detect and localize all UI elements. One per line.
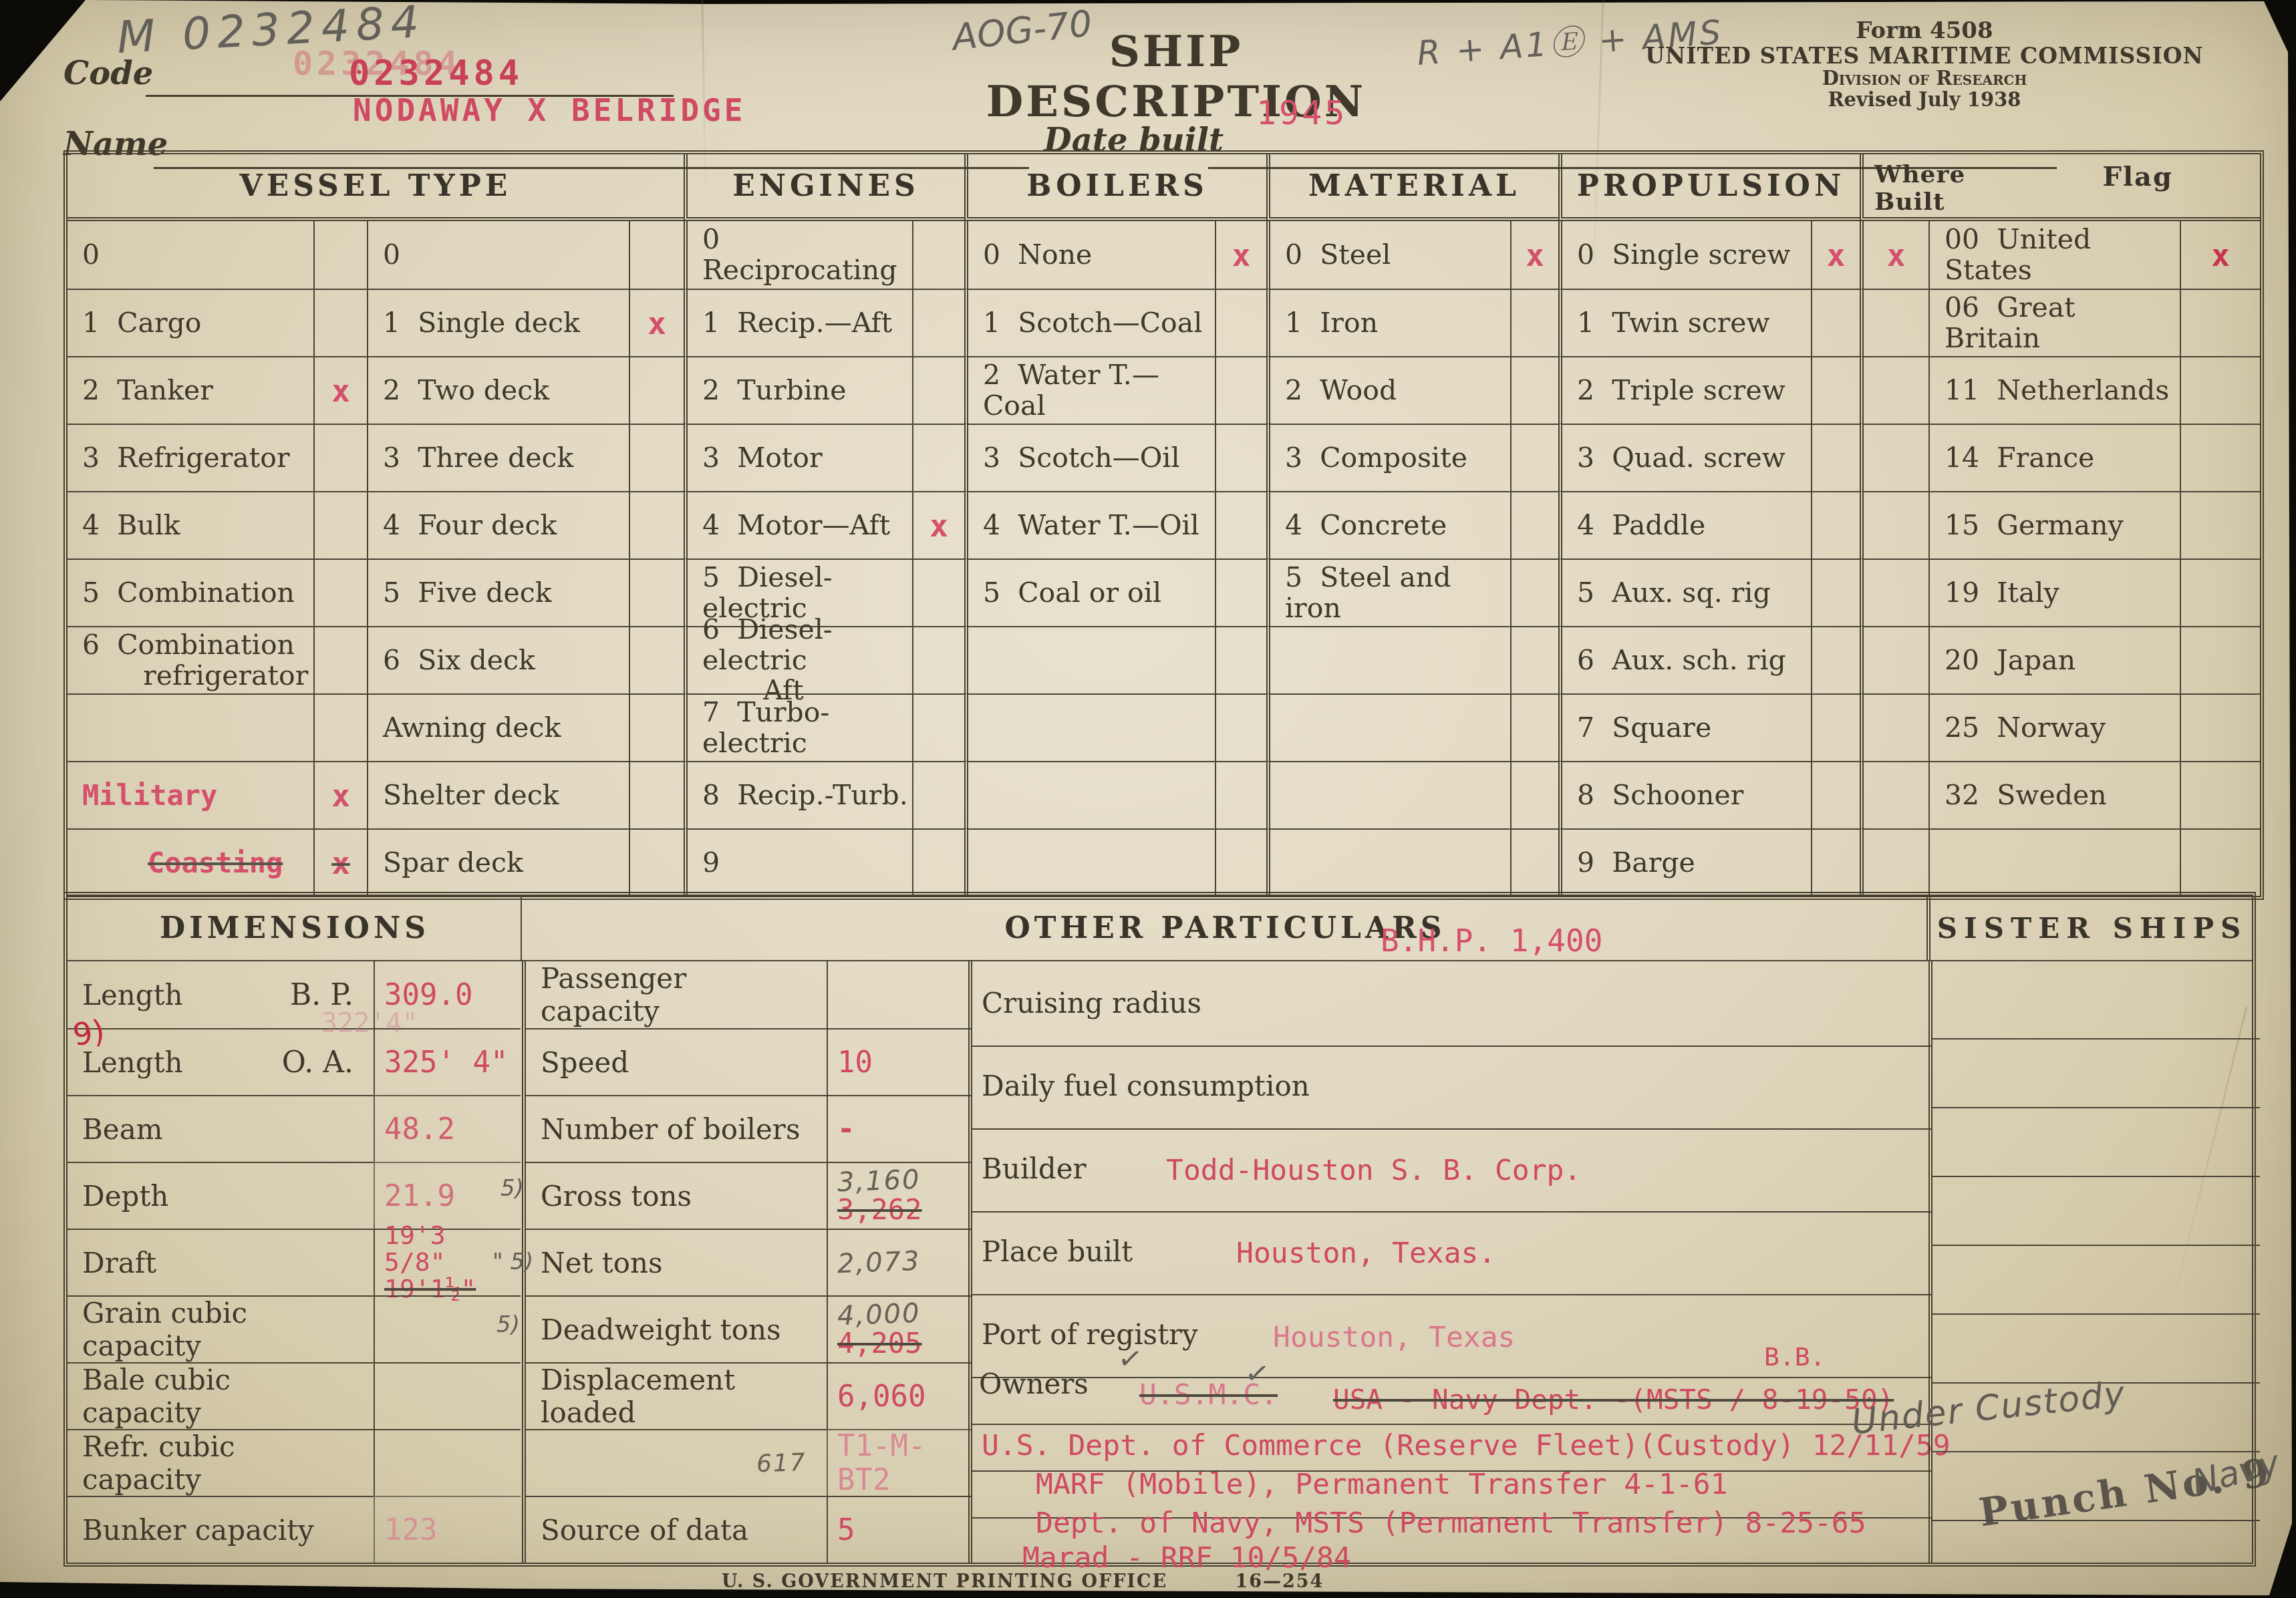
- where-built-flag-header: Where Built Flag: [1860, 154, 2260, 221]
- code-stamp: 0232484: [349, 53, 523, 94]
- vessel-option: 4 Bulk: [67, 491, 313, 558]
- boilers-header: BOILERS: [964, 154, 1266, 221]
- owners-navy-transfer-line: Dept. of Navy, MSTS (Permanent Transfer)…: [1036, 1506, 1866, 1540]
- daily-fuel-label: Daily fuel consumption: [982, 1070, 1310, 1102]
- place-built-value: Houston, Texas.: [1236, 1237, 1495, 1270]
- gpo-footer: U. S. GOVERNMENT PRINTING OFFICE 16—254: [722, 1571, 1324, 1592]
- boilers-count-value: -: [837, 1112, 855, 1146]
- date-built-value: 1945: [1256, 94, 1347, 132]
- engine-option: 8 Recip.-Turb.: [684, 761, 912, 828]
- propulsion-header: PROPULSION: [1558, 154, 1860, 221]
- deck-option: 1 Single deck: [367, 289, 629, 356]
- deck-option: Awning deck: [367, 693, 629, 761]
- single-deck-check: x: [629, 289, 684, 356]
- military-typed-entry: Military: [67, 761, 313, 828]
- builder-value: Todd-Houston S. B. Corp.: [1166, 1154, 1581, 1187]
- propulsion-option: 8 Schooner: [1558, 761, 1811, 828]
- propulsion-option: 6 Aux. sch. rig: [1558, 626, 1811, 693]
- flag-header: Flag: [2103, 161, 2173, 192]
- mid-label: Passenger capacity: [541, 962, 807, 1027]
- other-particulars-panel: Cruising radius Daily fuel consumption B…: [968, 961, 1932, 1563]
- material-option: 1 Iron: [1266, 289, 1510, 356]
- mid-label: Gross tons: [541, 1180, 692, 1213]
- red-margin-note: 9): [70, 1013, 106, 1053]
- deck-option: 2 Two deck: [367, 356, 629, 424]
- flag-us-check: x: [2180, 221, 2260, 289]
- country-option: 19 Italy: [1928, 558, 2180, 626]
- vessel-code-cell: 0: [67, 221, 313, 289]
- dim-label: Depth: [82, 1180, 168, 1213]
- country-option: 14 France: [1928, 424, 2180, 491]
- net-tons-pencil: 2,073: [837, 1246, 921, 1279]
- dim-value: 21.9: [384, 1179, 455, 1213]
- scanned-ship-description-form: M 0232484 Code 0232484 0232484 AOG-70 SH…: [0, 0, 2296, 1598]
- where-built-header: Where Built: [1874, 161, 1965, 216]
- material-option: [1266, 626, 1510, 693]
- dim-label: Beam: [82, 1113, 163, 1146]
- cruising-radius-label: Cruising radius: [982, 987, 1201, 1019]
- deck-code-cell: 0: [367, 221, 629, 289]
- owners-label: Owners: [979, 1368, 1089, 1400]
- deadweight-pencil: 4,000: [837, 1299, 921, 1330]
- boiler-option: 1 Scotch—Coal: [964, 289, 1215, 356]
- boiler-option: 4 Water T.—Oil: [964, 491, 1215, 558]
- division-name: Division of Research: [1711, 67, 2138, 90]
- particulars-panel: DIMENSIONS OTHER PARTICULARS B.H.P. 1,40…: [63, 892, 2256, 1567]
- pencil-checkmark: ✓: [1243, 1355, 1272, 1393]
- place-built-label: Place built: [982, 1235, 1133, 1268]
- dimensions-header: DIMENSIONS: [67, 896, 522, 960]
- boiler-option: 0 None: [964, 221, 1215, 289]
- other-particulars-header: OTHER PARTICULARS: [522, 896, 1928, 960]
- material-option: 2 Wood: [1266, 356, 1510, 424]
- ghost-length-value: 322'4": [321, 1008, 418, 1039]
- propulsion-option: 1 Twin screw: [1558, 289, 1811, 356]
- port-of-registry-value: Houston, Texas: [1273, 1321, 1515, 1354]
- owners-marad-line: Marad - RRF 10/5/84: [1022, 1541, 1351, 1575]
- dim-label: Bale cubic capacity: [82, 1364, 353, 1429]
- mid-label: Source of data: [541, 1514, 748, 1547]
- propulsion-single-screw-check: x: [1811, 221, 1860, 289]
- engine-option: 1 Recip.—Aft: [684, 289, 912, 356]
- pencil-margin-note: " 5): [492, 1249, 533, 1275]
- owners-commerce-line: U.S. Dept. of Commerce (Reserve Fleet)(C…: [982, 1429, 1951, 1462]
- engine-option: 9: [684, 828, 912, 896]
- vessel-option: 3 Refrigerator: [67, 424, 313, 491]
- vessel-option: 6 Combination refrigerator: [67, 626, 313, 693]
- propulsion-option: 2 Triple screw: [1558, 356, 1811, 424]
- deadweight-struck: 4,205: [837, 1329, 921, 1358]
- propulsion-option: 0 Single screw: [1558, 221, 1811, 289]
- tanker-check: x: [313, 356, 367, 424]
- material-steel-check: x: [1510, 221, 1558, 289]
- country-option: 32 Sweden: [1928, 761, 2180, 828]
- source-of-data-value: 5: [837, 1513, 855, 1547]
- bhp-typed-value: B.H.P. 1,400: [1381, 923, 1602, 959]
- dim-value: 325' 4": [384, 1046, 508, 1080]
- mid-label: Speed: [541, 1046, 629, 1079]
- material-option: 5 Steel and iron: [1266, 558, 1510, 626]
- coasting-check-struck: x: [331, 845, 350, 881]
- tonnage-grid: Passenger capacity Speed 10 Number of bo…: [522, 961, 972, 1563]
- country-option: 00 United States: [1928, 221, 2180, 289]
- boiler-option: 2 Water T.—Coal: [964, 356, 1215, 424]
- dim-label: Length: [82, 979, 183, 1011]
- propulsion-option: 4 Paddle: [1558, 491, 1811, 558]
- bunker-value: 123: [384, 1513, 437, 1547]
- material-option: 4 Concrete: [1266, 491, 1510, 558]
- pencil-margin-note: 5): [500, 1175, 524, 1202]
- engines-header: ENGINES: [684, 154, 964, 221]
- pencil-checkmark: ✓: [1116, 1341, 1145, 1378]
- dim-label: Grain cubic capacity: [82, 1297, 353, 1362]
- propulsion-option: 7 Square: [1558, 693, 1811, 761]
- deck-option: 4 Four deck: [367, 491, 629, 558]
- dim-label: Bunker capacity: [82, 1514, 314, 1547]
- gross-tons-pencil: 3,160: [837, 1166, 921, 1196]
- propulsion-option: 5 Aux. sq. rig: [1558, 558, 1811, 626]
- dimensions-grid: LengthB. P. 309.0 LengthO. A. 325' 4" Be…: [67, 961, 522, 1563]
- mid-label: Displacement loaded: [541, 1364, 807, 1429]
- deck-option: 3 Three deck: [367, 424, 629, 491]
- boiler-option: [964, 626, 1215, 693]
- dim-sublabel: O. A.: [282, 1046, 353, 1080]
- vessel-option: 2 Tanker: [67, 356, 313, 424]
- deck-option: 5 Five deck: [367, 558, 629, 626]
- boiler-option: 5 Coal or oil: [964, 558, 1215, 626]
- engine-option: 7 Turbo-electric: [684, 693, 912, 761]
- builder-label: Builder: [982, 1152, 1087, 1185]
- vessel-option: 5 Combination: [67, 558, 313, 626]
- ship-name-value: NODAWAY X BELRIDGE: [353, 92, 746, 128]
- vessel-option: 1 Cargo: [67, 289, 313, 356]
- country-option: 25 Norway: [1928, 693, 2180, 761]
- country-option: 11 Netherlands: [1928, 356, 2180, 424]
- displacement-value: 6,060: [837, 1380, 925, 1414]
- pencil-617: 617: [756, 1448, 807, 1478]
- dim-label: Length: [82, 1046, 183, 1079]
- mid-label: Net tons: [541, 1247, 663, 1279]
- revision-date: Revised July 1938: [1711, 88, 2138, 111]
- classification-table: VESSEL TYPE ENGINES BOILERS MATERIAL PRO…: [63, 150, 2264, 900]
- gpo-code: 16—254: [1235, 1571, 1324, 1592]
- boiler-option: 3 Scotch—Oil: [964, 424, 1215, 491]
- military-check: x: [313, 761, 367, 828]
- dim-sublabel: B. P.: [290, 978, 353, 1012]
- mid-label: Deadweight tons: [541, 1313, 781, 1346]
- dim-label: Refr. cubic capacity: [82, 1430, 353, 1496]
- where-built-us-check: x: [1860, 221, 1928, 289]
- deck-option: Spar deck: [367, 828, 629, 896]
- code-label: Code: [63, 55, 153, 92]
- gpo-text: U. S. GOVERNMENT PRINTING OFFICE: [722, 1571, 1167, 1592]
- material-header: MATERIAL: [1266, 154, 1558, 221]
- owners-bb-note: B.B.: [1764, 1342, 1826, 1372]
- form-number: Form 4508: [1711, 17, 2138, 44]
- sister-ships-header: SISTER SHIPS: [1928, 896, 2256, 960]
- material-option: 0 Steel: [1266, 221, 1510, 289]
- engine-option: 2 Turbine: [684, 356, 912, 424]
- country-option: 06 Great Britain: [1928, 289, 2180, 356]
- engine-option: 6 Diesel-electric Aft: [684, 626, 912, 693]
- engine-option: 0 Reciprocating: [684, 221, 912, 289]
- boiler-none-check: x: [1215, 221, 1266, 289]
- ship-type-code-value: T1-M-BT2: [837, 1429, 971, 1497]
- gross-tons-struck: 3,262: [837, 1195, 921, 1225]
- vessel-type-header: VESSEL TYPE: [67, 154, 684, 221]
- dim-label: Draft: [82, 1247, 156, 1279]
- coasting-struck-entry: Coasting: [148, 847, 283, 878]
- country-option: 15 Germany: [1928, 491, 2180, 558]
- speed-value: 10: [837, 1046, 873, 1080]
- motor-aft-check: x: [912, 491, 964, 558]
- agency-name: UNITED STATES MARITIME COMMISSION: [1644, 43, 2205, 69]
- deck-option: 6 Six deck: [367, 626, 629, 693]
- propulsion-option: 3 Quad. screw: [1558, 424, 1811, 491]
- dim-value: 309.0: [384, 978, 472, 1012]
- country-option: 20 Japan: [1928, 626, 2180, 693]
- engine-option: 3 Motor: [684, 424, 912, 491]
- mid-label: Number of boilers: [541, 1113, 801, 1146]
- dim-value: 48.2: [384, 1112, 455, 1146]
- owners-marf-line: MARF (Mobile), Permanent Transfer 4-1-61: [1036, 1468, 1728, 1501]
- engine-option: 4 Motor—Aft: [684, 491, 912, 558]
- deck-option: Shelter deck: [367, 761, 629, 828]
- material-option: 3 Composite: [1266, 424, 1510, 491]
- pencil-margin-note: 5): [496, 1311, 520, 1338]
- propulsion-option: 9 Barge: [1558, 828, 1811, 896]
- owners-navy-msts-struck: USA - Navy Dept. -(MSTS / 8-19-50): [1333, 1384, 1894, 1416]
- port-of-registry-label: Port of registry: [982, 1318, 1198, 1351]
